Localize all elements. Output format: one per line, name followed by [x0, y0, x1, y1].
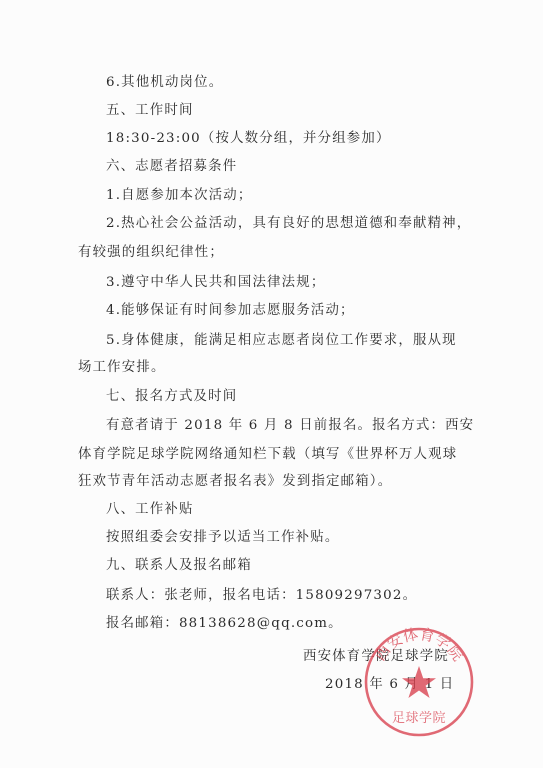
stamp-bottom-text: 足球学院	[392, 710, 446, 726]
text-line: 6.其他机动岗位。	[106, 73, 462, 93]
document-page: 6.其他机动岗位。 五、工作时间 18:30-23:00（按人数分组，并分组参加…	[0, 0, 543, 768]
text-line: 3.遵守中华人民共和国法律法规；	[106, 273, 462, 293]
text-line: 体育学院足球学院网络通知栏下载（填写《世界杯万人观球	[78, 445, 462, 465]
signature-organization: 西安体育学院足球学院	[303, 647, 449, 667]
email-line: 报名邮箱：88138628@qq.com。	[106, 614, 462, 634]
contact-line: 联系人：张老师，报名电话：15809297302。	[106, 586, 462, 606]
text-line: 1.自愿参加本次活动；	[106, 186, 462, 206]
text-line: 18:30-23:00（按人数分组，并分组参加）	[106, 129, 462, 149]
section-heading-work-time: 五、工作时间	[106, 101, 462, 121]
text-line: 狂欢节青年活动志愿者报名表》发到指定邮箱）。	[78, 472, 462, 492]
section-heading-requirements: 六、志愿者招募条件	[106, 157, 462, 177]
text-line: 4.能够保证有时间参加志愿服务活动；	[106, 301, 462, 321]
section-heading-registration: 七、报名方式及时间	[106, 387, 462, 407]
section-heading-contact: 九、联系人及报名邮箱	[106, 556, 462, 576]
text-line: 2.热心社会公益活动，具有良好的思想道德和奉献精神，	[106, 214, 462, 234]
text-line: 场工作安排。	[78, 358, 462, 378]
section-heading-subsidy: 八、工作补贴	[106, 500, 462, 520]
text-line: 有较强的组织纪律性；	[78, 243, 462, 263]
text-line: 按照组委会安排予以适当工作补贴。	[106, 528, 462, 548]
signature-date: 2018 年 6 月 1 日	[325, 675, 454, 695]
text-line: 5.身体健康，能满足相应志愿者岗位工作要求，服从现	[106, 331, 462, 351]
text-line: 有意者请于 2018 年 6 月 8 日前报名。报名方式：西安	[106, 416, 462, 436]
